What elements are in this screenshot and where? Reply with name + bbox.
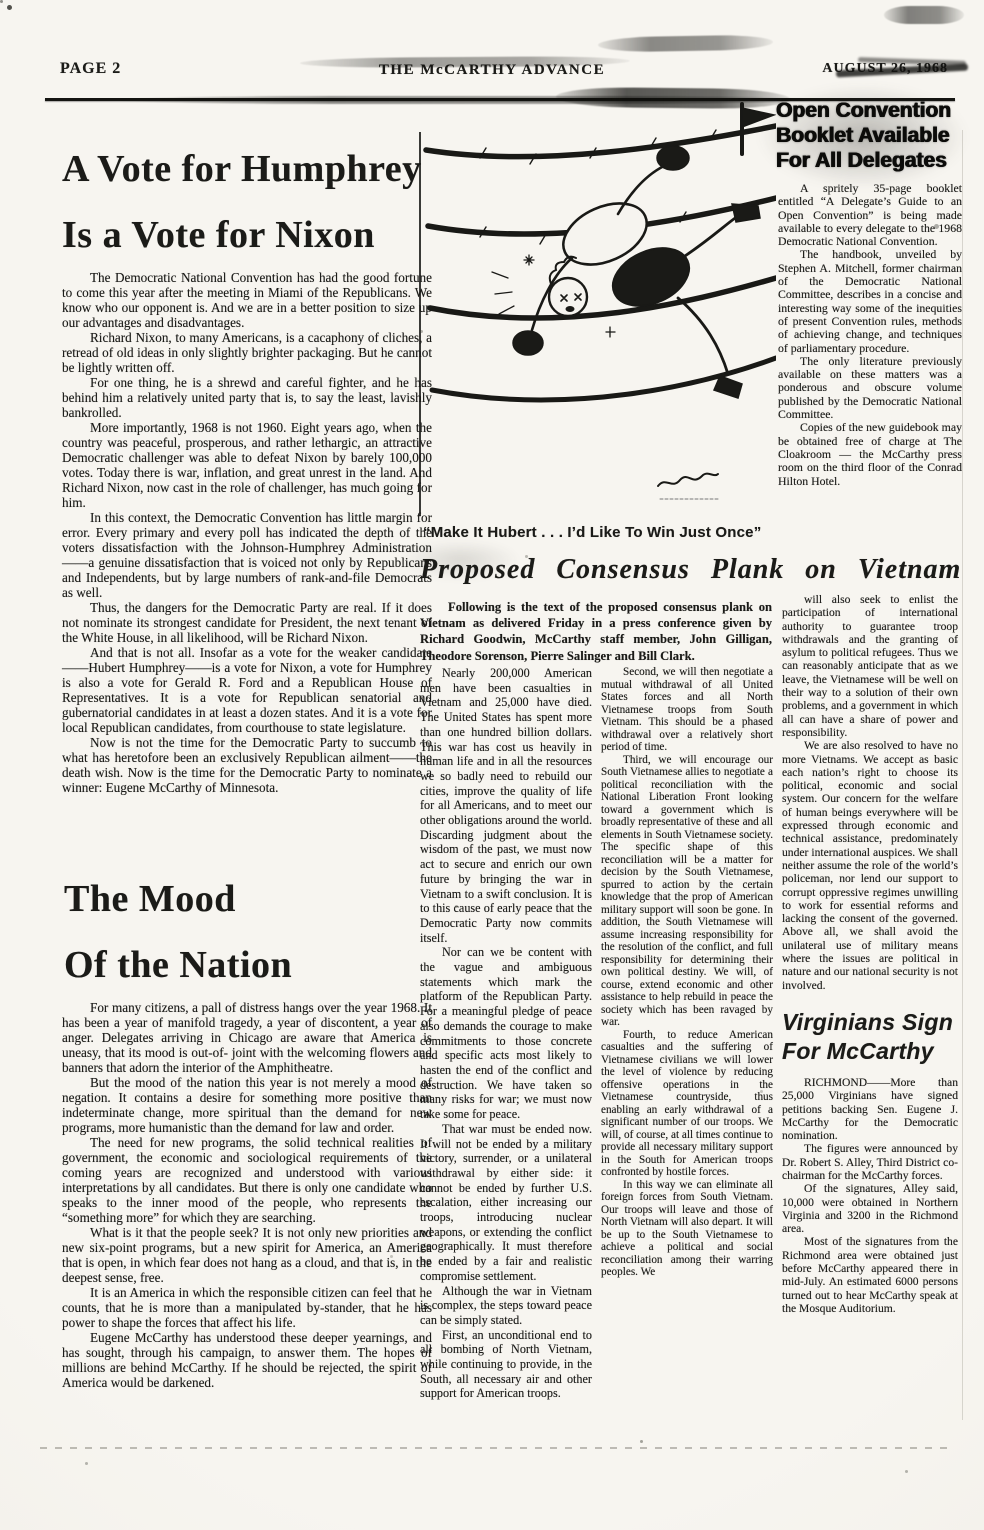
paragraph: A spritely 35-page booklet entitled “A D… bbox=[778, 182, 962, 248]
ink-smudge bbox=[598, 34, 773, 52]
headline-line: The Mood bbox=[64, 866, 444, 932]
headline-line: Is a Vote for Nixon bbox=[62, 202, 442, 268]
headline-line: Booklet Available bbox=[776, 123, 968, 148]
paragraph: For one thing, he is a shrewd and carefu… bbox=[62, 375, 432, 420]
paragraph: Now is not the time for the Democratic P… bbox=[62, 735, 432, 795]
paragraph: But the mood of the nation this year is … bbox=[62, 1075, 432, 1135]
paragraph: The need for new programs, the solid tec… bbox=[62, 1135, 432, 1225]
paragraph: The Democratic National Convention has h… bbox=[62, 270, 432, 330]
cartoon-caption: “Make It Hubert . . . I’d Like To Win Ju… bbox=[423, 524, 777, 541]
virginians-article-headline: Virginians Sign For McCarthy bbox=[782, 1008, 958, 1066]
right-paper-edge bbox=[962, 130, 963, 1420]
mood-article-body: For many citizens, a pall of distress ha… bbox=[62, 1000, 432, 1390]
paragraph: For many citizens, a pall of distress ha… bbox=[62, 1000, 432, 1075]
bottom-scan-rule bbox=[40, 1447, 952, 1449]
paragraph: That war must be ended now. It will not … bbox=[420, 1122, 592, 1284]
ink-smudge bbox=[884, 6, 964, 24]
vote-article-body: The Democratic National Convention has h… bbox=[62, 270, 432, 795]
paragraph: RICHMOND——More than 25,000 Virginians ha… bbox=[782, 1076, 958, 1142]
vietnam-column-1: Nearly 200,000 American men have been ca… bbox=[420, 666, 592, 1401]
paragraph: Nor can we be content with the vague and… bbox=[420, 945, 592, 1121]
headline-line: Virginians Sign bbox=[782, 1008, 958, 1037]
vietnam-column-3: will also seek to enlist the participati… bbox=[782, 593, 958, 1315]
paragraph: More importantly, 1968 is not 1960. Eigh… bbox=[62, 420, 432, 510]
paragraph: Of the signatures, Alley said, 10,000 we… bbox=[782, 1182, 958, 1235]
headline-line: For McCarthy bbox=[782, 1037, 958, 1066]
booklet-article-body: A spritely 35-page booklet entitled “A D… bbox=[778, 182, 962, 488]
paragraph: Fourth, to reduce American casualties an… bbox=[601, 1029, 773, 1179]
paragraph: The figures were announced by Dr. Robert… bbox=[782, 1142, 958, 1182]
paragraph: Second, we will then negotiate a mutual … bbox=[601, 666, 773, 754]
vietnam-article-intro: Following is the text of the proposed co… bbox=[420, 599, 772, 664]
paragraph: We are also resolved to have no more Vie… bbox=[782, 739, 958, 992]
headline-line: For All Delegates bbox=[776, 148, 968, 173]
scan-specks bbox=[0, 0, 3, 3]
issue-date: AUGUST 26, 1968 bbox=[822, 61, 948, 77]
vietnam-column-2: Second, we will then negotiate a mutual … bbox=[601, 666, 773, 1279]
paragraph: The only literature previously available… bbox=[778, 355, 962, 421]
boxing-ring-cartoon-drawing bbox=[420, 96, 776, 516]
paragraph: Thus, the dangers for the Democratic Par… bbox=[62, 600, 432, 645]
paragraph: Nearly 200,000 American men have been ca… bbox=[420, 666, 592, 945]
paragraph: What is it that the people seek? It is n… bbox=[62, 1225, 432, 1285]
headline-line: Of the Nation bbox=[64, 932, 444, 998]
paragraph: In this way we can eliminate all foreign… bbox=[601, 1179, 773, 1279]
headline-line: Open Convention bbox=[776, 98, 968, 123]
vote-article-headline: A Vote for Humphrey Is a Vote for Nixon bbox=[62, 136, 442, 268]
vietnam-article-headline: Proposed Consensus Plank on Vietnam bbox=[420, 554, 962, 586]
mood-article-headline: The Mood Of the Nation bbox=[64, 866, 444, 998]
paragraph: And that is not all. Insofar as a vote f… bbox=[62, 645, 432, 735]
paragraph: Copies of the new guidebook may be obtai… bbox=[778, 421, 962, 487]
paragraph: Eugene McCarthy has understood these dee… bbox=[62, 1330, 432, 1390]
paragraph: Although the war in Vietnam is complex, … bbox=[420, 1284, 592, 1328]
paragraph: In this context, the Democratic Conventi… bbox=[62, 510, 432, 600]
paragraph: Most of the signatures from the Richmond… bbox=[782, 1235, 958, 1315]
editorial-cartoon bbox=[420, 96, 776, 516]
paragraph: The handbook, unveiled by Stephen A. Mit… bbox=[778, 248, 962, 354]
paragraph: First, an unconditional end to all bombi… bbox=[420, 1328, 592, 1402]
paragraph: It is an America in which the responsibl… bbox=[62, 1285, 432, 1330]
headline-line: A Vote for Humphrey bbox=[62, 136, 442, 202]
paragraph: will also seek to enlist the participati… bbox=[782, 593, 958, 739]
paragraph: Richard Nixon, to many Americans, is a c… bbox=[62, 330, 432, 375]
newspaper-page: PAGE 2 THE McCARTHY ADVANCE AUGUST 26, 1… bbox=[0, 0, 984, 1530]
paragraph: Third, we will encourage our South Vietn… bbox=[601, 754, 773, 1029]
booklet-article-headline: Open Convention Booklet Available For Al… bbox=[776, 98, 968, 173]
